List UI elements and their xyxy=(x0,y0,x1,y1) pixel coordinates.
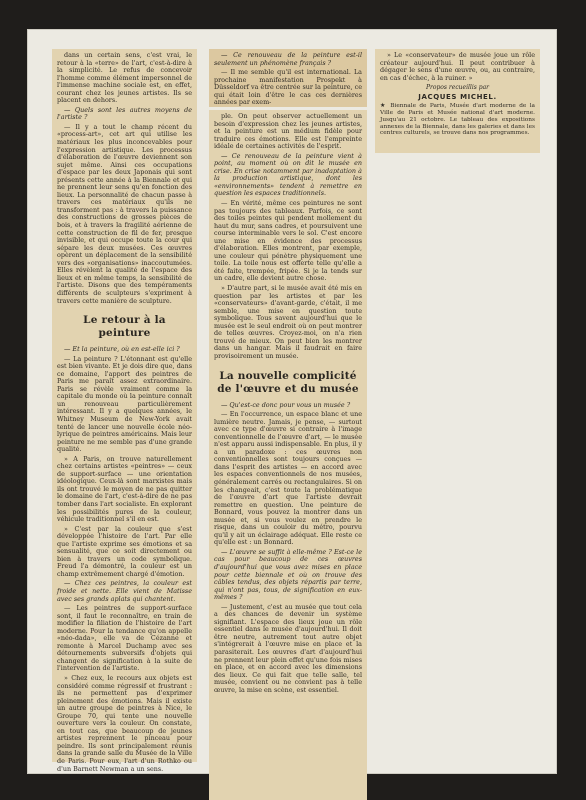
star-icon: ★ xyxy=(380,102,387,109)
archival-mount-board: dans un certain sens, c'est vrai, le ret… xyxy=(28,30,556,773)
column-1-top-text: dans un certain sens, c'est vrai, le ret… xyxy=(57,52,192,305)
interview-paragraph: » C'est par la couleur que s'est dévelop… xyxy=(57,526,192,579)
clipping-column-3: » Le «conservateur» de musée joue un rôl… xyxy=(375,49,540,153)
heading-line-1: La nouvelle complicité xyxy=(219,370,356,382)
heading-line-2: de l'œuvre et du musée xyxy=(217,383,359,395)
interview-question: — Et la peinture, où en est-elle ici ? xyxy=(57,346,192,354)
clipping-column-1: dans un certain sens, c'est vrai, le ret… xyxy=(52,49,197,762)
section-heading-complicite: La nouvelle complicité de l'œuvre et du … xyxy=(214,370,362,396)
interview-question: — Qu'est-ce donc pour vous un musée ? xyxy=(214,402,362,410)
interview-paragraph: — En l'occurrence, un espace blanc et un… xyxy=(214,411,362,547)
clipping-column-2: ple. On peut observer actuellement un be… xyxy=(209,110,367,800)
byline-intro: Propos recueillis par xyxy=(380,84,535,92)
column-2-bottom-text: — Qu'est-ce donc pour vous un musée ?— E… xyxy=(214,402,362,695)
clipping-column-2-fragment: — Ce renouveau de la peinture est-il seu… xyxy=(209,49,367,107)
interview-paragraph: — Il me semble qu'il est international. … xyxy=(214,69,362,107)
interview-paragraph: ple. On peut observer actuellement un be… xyxy=(214,113,362,151)
closing-paragraph: » Le «conservateur» de musée joue un rôl… xyxy=(380,52,535,82)
interview-paragraph: » A Paris, on trouve naturellement chez … xyxy=(57,456,192,524)
interview-paragraph: — Il y a tout le champ récent du «proces… xyxy=(57,124,192,305)
interview-question: — L'œuvre se suffit à elle-même ? Est-ce… xyxy=(214,549,362,602)
column-2-fragment-text: — Ce renouveau de la peinture est-il seu… xyxy=(214,52,362,107)
interview-paragraph: — Les peintres de support-surface sont, … xyxy=(57,605,192,673)
column-1-bottom-text: — Et la peinture, où en est-elle ici ?— … xyxy=(57,346,192,773)
column-2-top-text: ple. On peut observer actuellement un be… xyxy=(214,113,362,361)
interview-question: — Ce renouveau de la peinture vient à po… xyxy=(214,153,362,198)
section-heading-retour-peinture: Le retour à la peinture xyxy=(57,314,192,340)
interview-paragraph: — En vérité, même ces peintures ne sont … xyxy=(214,200,362,283)
interview-paragraph: » D'autre part, si le musée avait été mi… xyxy=(214,285,362,360)
interview-question: — Ce renouveau de la peinture est-il seu… xyxy=(214,52,362,67)
interview-paragraph: » Chez eux, le recours aux objets est co… xyxy=(57,675,192,773)
byline-author: JACQUES MICHEL. xyxy=(380,94,535,102)
exhibition-note-text: Biennale de Paris, Musée d'art moderne d… xyxy=(380,103,535,136)
interview-question: — Quels sont les autres moyens de l'arti… xyxy=(57,107,192,122)
exhibition-note: ★ Biennale de Paris, Musée d'art moderne… xyxy=(380,103,535,137)
interview-paragraph: — Justement, c'est au musée que tout cel… xyxy=(214,604,362,695)
interview-paragraph: dans un certain sens, c'est vrai, le ret… xyxy=(57,52,192,105)
interview-paragraph: — La peinture ? L'étonnant est qu'elle e… xyxy=(57,356,192,454)
interview-question: — Chez ces peintres, la couleur est froi… xyxy=(57,580,192,603)
